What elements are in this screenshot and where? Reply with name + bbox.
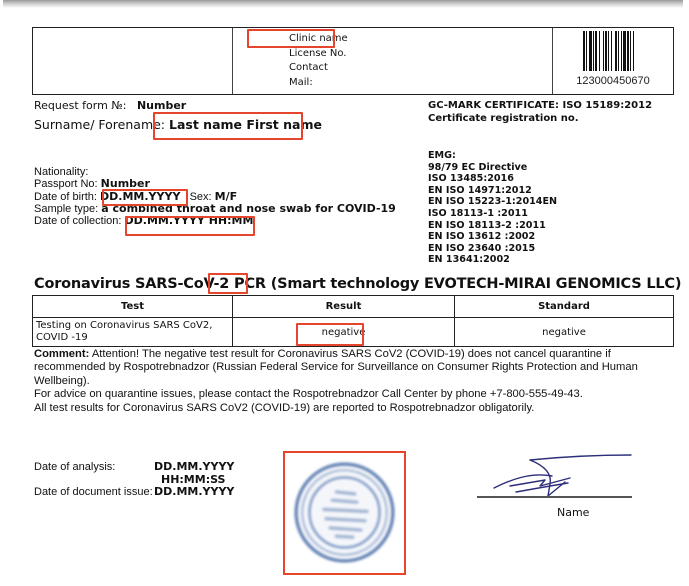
signature-icon (490, 452, 650, 502)
comment-block: Comment: Attention! The negative test re… (34, 348, 674, 415)
header-table: Clinic name License No. Contact Mail: 12… (32, 27, 674, 95)
passport-label: Passport No: (34, 178, 98, 190)
surname-line: Surname/ Forename: Last name First name (34, 117, 322, 132)
comment-label: Comment: (34, 348, 89, 360)
emg-standards: EMG:98/79 EC DirectiveISO 13485:2016EN I… (428, 150, 557, 266)
emg-standard-line: EN ISO 14971:2012 (428, 185, 557, 197)
comment-advice: For advice on quarantine issues, please … (34, 388, 674, 401)
collection-label: Date of collection: (34, 215, 121, 227)
logo-cell (33, 28, 233, 94)
surname-value: Last name First name (169, 117, 322, 132)
emg-standard-line: EMG: (428, 150, 557, 162)
cell-test: Testing on Coronavirus SARS CoV2, COVID … (33, 318, 233, 347)
sample-type-label: Sample type: (34, 203, 98, 215)
cell-standard: negative (455, 318, 674, 347)
barcode-cell: 123000450670 (553, 28, 673, 94)
sex-value: M/F (215, 190, 237, 203)
analysis-date-value: DD.MM.YYYY (154, 460, 234, 473)
emg-standard-line: ISO 13485:2016 (428, 173, 557, 185)
emg-standard-line: ISO 18113-1 :2011 (428, 208, 557, 220)
issue-date-label: Date of document issue: (34, 486, 154, 499)
license-number: License No. (289, 47, 348, 62)
barcode-icon (583, 31, 673, 71)
seal-highlight (283, 451, 406, 575)
clinic-name: Clinic name (289, 32, 348, 47)
surname-label: Surname/ Forename: (34, 117, 165, 132)
table-row: Testing on Coronavirus SARS CoV2, COVID … (33, 318, 674, 347)
stamp-seal-icon (293, 461, 396, 564)
col-standard: Standard (455, 296, 674, 318)
emg-standard-line: 98/79 EC Directive (428, 162, 557, 174)
dob-value: DD.MM.YYYY (100, 190, 180, 203)
dates-block: Date of analysis:DD.MM.YYYY HH:MM:SS Dat… (34, 461, 234, 499)
window-top-shadow (3, 0, 683, 8)
clinic-info-cell: Clinic name License No. Contact Mail: (233, 28, 553, 94)
analysis-date-label: Date of analysis: (34, 461, 154, 474)
passport-value: Number (101, 177, 150, 190)
mail: Mail: (289, 76, 348, 91)
test-title: Coronavirus SARS-CoV-2 PCR (Smart techno… (34, 276, 681, 292)
barcode-number: 123000450670 (553, 75, 673, 87)
analysis-time-value: HH:MM:SS (154, 473, 225, 486)
emg-standard-line: EN ISO 18113-2 :2011 (428, 220, 557, 232)
emg-standard-line: EN ISO 13612 :2002 (428, 231, 557, 243)
request-form-line: Request form №: Number (34, 99, 186, 112)
col-test: Test (33, 296, 233, 318)
request-form-value: Number (137, 99, 186, 112)
table-header-row: Test Result Standard (33, 296, 674, 318)
test-method: PCR (234, 276, 266, 292)
dob-label: Date of birth: (34, 191, 97, 203)
results-table: Test Result Standard Testing on Coronavi… (32, 295, 674, 347)
sex-label: Sex: (190, 191, 212, 203)
issue-date-value: DD.MM.YYYY (154, 485, 234, 498)
comment-text: Attention! The negative test result for … (34, 348, 638, 387)
signature-line (477, 496, 632, 498)
comment-reporting: All test results for Coronavirus SARS Co… (34, 402, 674, 415)
collection-value: DD.MM.YYYY HH:MM (125, 214, 254, 227)
cell-result: negative (233, 318, 455, 347)
emg-standard-line: EN ISO 15223-1:2014EN (428, 196, 557, 208)
patient-info: Nationality: Passport No: Number Date of… (34, 166, 396, 227)
request-form-label: Request form №: (34, 99, 126, 112)
contact: Contact (289, 61, 348, 76)
certificate-registration: Certificate registration no. (428, 112, 652, 125)
certificate-iso: GC-MARK CERTIFICATE: ISO 15189:2012 (428, 99, 652, 112)
col-result: Result (233, 296, 455, 318)
sample-type-value: a combined throat and nose swab for COVI… (101, 202, 396, 215)
certificate-block: GC-MARK CERTIFICATE: ISO 15189:2012 Cert… (428, 99, 652, 125)
emg-standard-line: EN ISO 23640 :2015 (428, 243, 557, 255)
nationality-label: Nationality: (34, 166, 396, 178)
emg-standard-line: EN 13641:2002 (428, 254, 557, 266)
signatory-name: Name (557, 506, 589, 519)
